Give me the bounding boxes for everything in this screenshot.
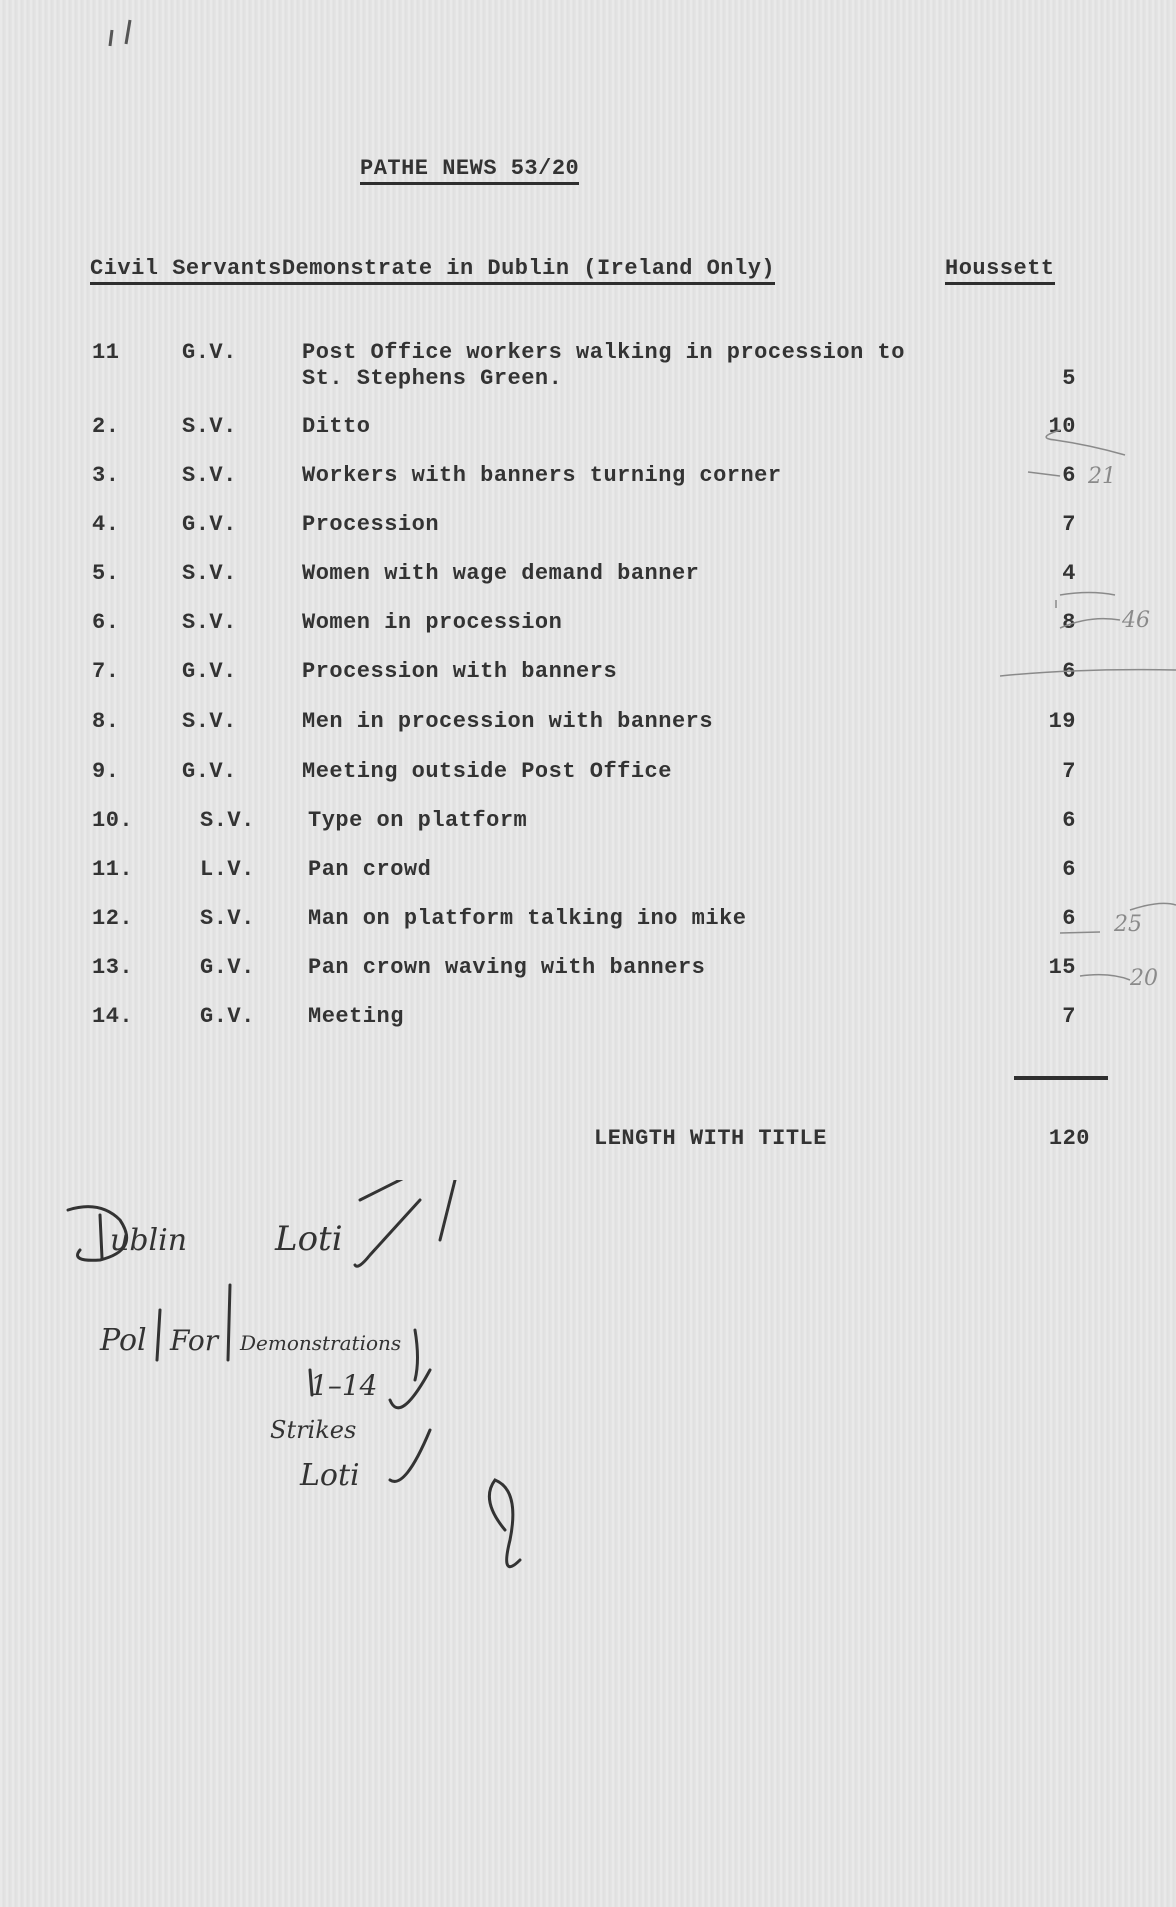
shot-type: G.V.: [182, 659, 237, 684]
pen-marks-icon: [106, 16, 136, 50]
shot-number: 8.: [92, 709, 119, 734]
shot-type: G.V.: [182, 340, 237, 365]
svg-text:Demonstrations: Demonstrations: [239, 1331, 401, 1355]
shot-number: 12.: [92, 906, 133, 931]
shot-type: S.V.: [182, 610, 237, 635]
shot-type: G.V.: [182, 759, 237, 784]
svg-text:Pol: Pol: [99, 1323, 147, 1358]
shot-number: 6.: [92, 610, 119, 635]
shot-number: 9.: [92, 759, 119, 784]
shot-type: S.V.: [200, 906, 255, 931]
shot-description: Procession: [302, 512, 439, 537]
margin-note-25: 25: [1114, 912, 1142, 937]
shot-description: St. Stephens Green.: [302, 366, 562, 391]
shot-number: 10.: [92, 808, 133, 833]
shot-type: S.V.: [182, 561, 237, 586]
total-rule: [1014, 1076, 1108, 1080]
shot-type: S.V.: [200, 808, 255, 833]
shot-number: 11: [92, 340, 119, 365]
handwriting-icon: ublin Loti Pol For Demonstrations 1–14 S…: [60, 1180, 580, 1580]
shot-description: Procession with banners: [302, 659, 617, 684]
shot-type: S.V.: [182, 463, 237, 488]
cameraman-name: Houssett: [945, 256, 1055, 285]
page-title: PATHE NEWS 53/20: [360, 156, 579, 185]
shot-length: 5: [1062, 366, 1076, 391]
shot-number: 13.: [92, 955, 133, 980]
svg-text:For: For: [169, 1324, 220, 1357]
shot-type: L.V.: [200, 857, 255, 882]
shot-type: S.V.: [182, 709, 237, 734]
shot-number: 11.: [92, 857, 133, 882]
svg-text:ublin: ublin: [110, 1223, 187, 1258]
shot-type: G.V.: [200, 955, 255, 980]
handwritten-annotation: ublin Loti Pol For Demonstrations 1–14 S…: [60, 1180, 580, 1580]
total-label: LENGTH WITH TITLE: [594, 1126, 827, 1151]
shot-type: G.V.: [200, 1004, 255, 1029]
shot-type: G.V.: [182, 512, 237, 537]
svg-text:Loti: Loti: [274, 1219, 343, 1259]
shot-number: 5.: [92, 561, 119, 586]
shot-number: 3.: [92, 463, 119, 488]
shot-description: Man on platform talking ino mike: [308, 906, 746, 931]
svg-text:Strikes: Strikes: [270, 1416, 356, 1444]
shot-description: Meeting outside Post Office: [302, 759, 672, 784]
margin-note-21: 21: [1088, 464, 1116, 489]
shot-description: Women with wage demand banner: [302, 561, 699, 586]
shot-number: 7.: [92, 659, 119, 684]
shot-type: S.V.: [182, 414, 237, 439]
shot-description: Men in procession with banners: [302, 709, 713, 734]
svg-text:Loti: Loti: [299, 1458, 360, 1493]
shot-description: Workers with banners turning corner: [302, 463, 782, 488]
shot-description: Pan crowd: [308, 857, 431, 882]
total-value: 120: [1049, 1126, 1090, 1151]
shot-row: 11G.V.Post Office workers walking in pro…: [0, 340, 1176, 380]
shot-description: Women in procession: [302, 610, 562, 635]
margin-note-20: 20: [1130, 966, 1158, 991]
shot-description: Meeting: [308, 1004, 404, 1029]
shot-description: Pan crown waving with banners: [308, 955, 705, 980]
pen-marks: [106, 16, 136, 50]
svg-text:1–14: 1–14: [310, 1369, 377, 1402]
pencil-brackets-icon: [1000, 400, 1176, 1040]
margin-note-46: 46: [1122, 608, 1150, 633]
story-heading: Civil ServantsDemonstrate in Dublin (Ire…: [90, 256, 775, 285]
shot-number: 4.: [92, 512, 119, 537]
margin-notes: 21 46 25 20: [1000, 400, 1176, 1040]
shot-number: 14.: [92, 1004, 133, 1029]
shot-description: Post Office workers walking in processio…: [302, 340, 905, 365]
shot-description: Ditto: [302, 414, 371, 439]
shot-number: 2.: [92, 414, 119, 439]
shot-description: Type on platform: [308, 808, 527, 833]
